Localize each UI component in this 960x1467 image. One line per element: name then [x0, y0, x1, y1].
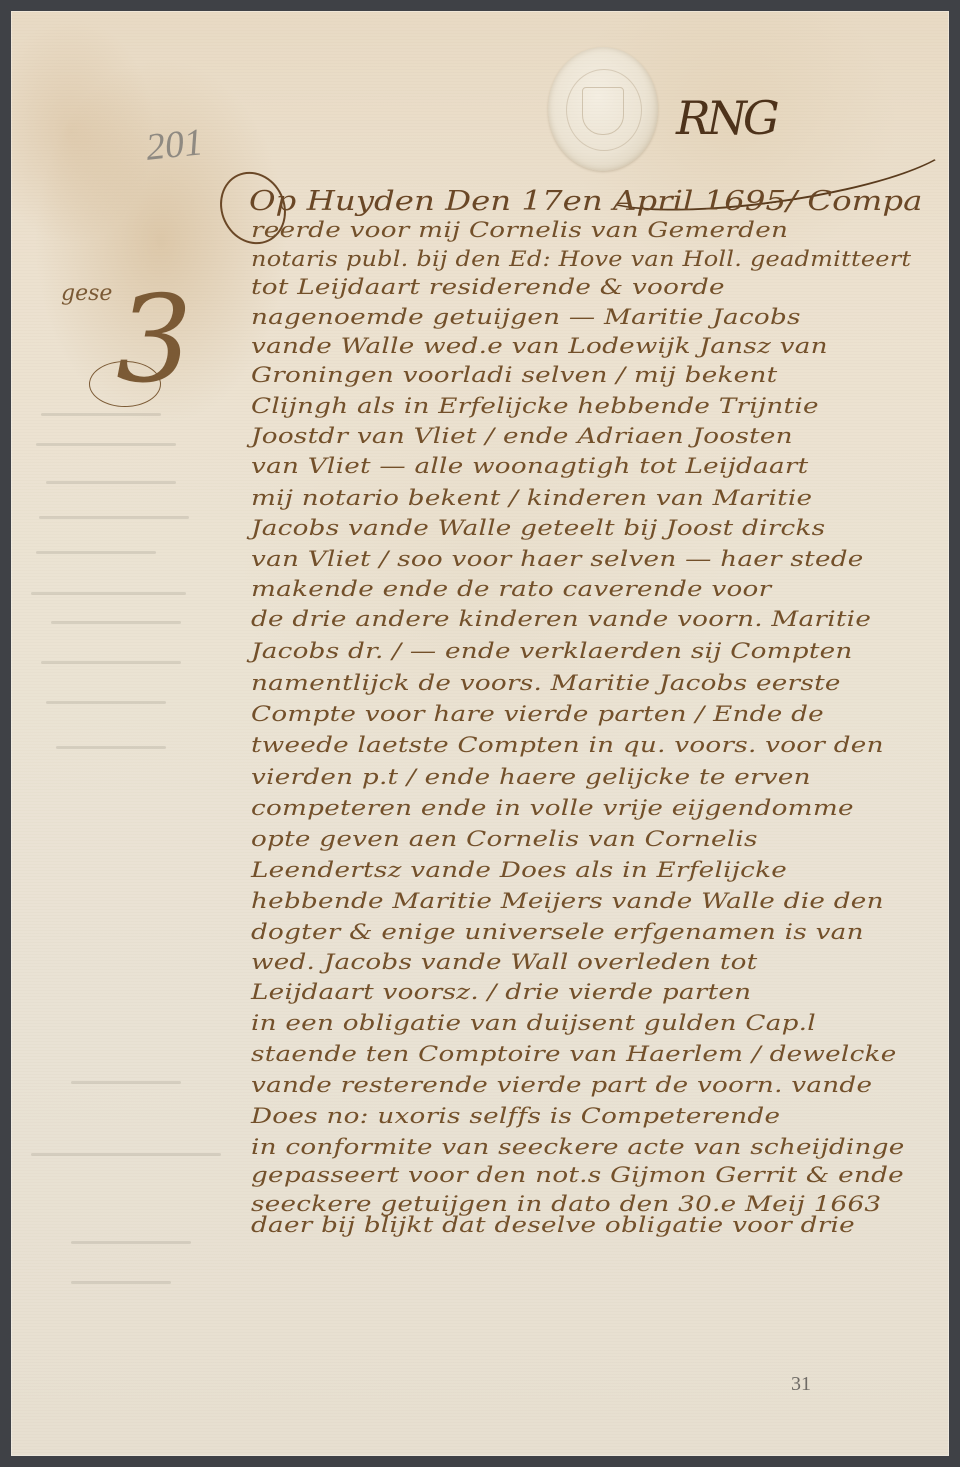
bleed-through-stroke	[39, 516, 189, 519]
text-line: van Vliet / soo voor haer selven — haer …	[251, 547, 864, 571]
text-line: Jacobs dr. / — ende verklaerden sij Comp…	[251, 639, 853, 663]
text-line: Jacobs vande Walle geteelt bij Joost dir…	[251, 516, 825, 540]
folio-number: 201	[144, 120, 205, 170]
text-line: competeren ende in volle vrije eijgendom…	[251, 796, 854, 820]
bleed-through-stroke	[41, 413, 161, 416]
text-line: vande Walle wed.e van Lodewijk Jansz van	[251, 334, 828, 358]
text-line: notaris publ. bij den Ed: Hove van Holl.…	[251, 247, 911, 271]
text-line: van Vliet — alle woonagtigh tot Leijdaar…	[251, 454, 808, 478]
opening-line: Op Huyden Den 17en April 1695/ Compa	[249, 186, 922, 217]
text-line: Does no: uxoris selffs is Competerende	[251, 1104, 780, 1128]
text-line: daer bij blijkt dat deselve obligatie vo…	[251, 1213, 855, 1237]
text-line: mij notario bekent / kinderen van Mariti…	[251, 486, 812, 510]
text-line: nagenoemde getuijgen — Maritie Jacobs	[251, 305, 801, 329]
bleed-through-stroke	[46, 701, 166, 704]
bleed-through-stroke	[36, 551, 156, 554]
text-line: staende ten Comptoire van Haerlem / dewe…	[251, 1042, 896, 1066]
manuscript-page: 201 RNG gese 3 Op Huyden Den 17en April …	[11, 11, 949, 1456]
text-line: makende ende de rato caverende voor	[251, 577, 771, 601]
text-line: Leendertsz vande Does als in Erfelijcke	[251, 858, 787, 882]
margin-note: gese	[61, 281, 112, 306]
text-line: Leijdaart voorsz. / drie vierde parten	[251, 980, 751, 1004]
text-line: namentlijck de voors. Maritie Jacobs eer…	[251, 671, 841, 695]
bleed-through-stroke	[31, 592, 186, 595]
text-line: Joostdr van Vliet / ende Adriaen Joosten	[251, 424, 793, 448]
text-line: tweede laetste Compten in qu. voors. voo…	[251, 733, 884, 757]
document-scan: 201 RNG gese 3 Op Huyden Den 17en April …	[0, 0, 960, 1467]
text-line: reerde voor mij Cornelis van Gemerden	[251, 218, 788, 242]
text-line: dogter & enige universele erfgenamen is …	[251, 920, 864, 944]
text-line: vierden p.t / ende haere gelijcke te erv…	[251, 765, 811, 789]
text-line: opte geven aen Cornelis van Cornelis	[251, 827, 758, 851]
text-line: Clijngh als in Erfelijcke hebbende Trijn…	[251, 394, 819, 418]
bleed-through-stroke	[46, 481, 176, 484]
text-line: hebbende Maritie Meijers vande Walle die…	[251, 889, 884, 913]
bleed-through-stroke	[71, 1081, 181, 1084]
text-line: de drie andere kinderen vande voorn. Mar…	[251, 607, 871, 631]
margin-flourish	[89, 361, 161, 407]
text-line: in een obligatie van duijsent gulden Cap…	[251, 1011, 816, 1035]
text-line: Groningen voorladi selven / mij bekent	[251, 363, 777, 387]
bleed-through-stroke	[71, 1241, 191, 1244]
bleed-through-stroke	[56, 746, 166, 749]
bleed-through-stroke	[41, 661, 181, 664]
text-line: gepasseert voor den not.s Gijmon Gerrit …	[251, 1163, 904, 1187]
bleed-through-stroke	[51, 621, 181, 624]
text-line: tot Leijdaart residerende & voorde	[251, 275, 725, 299]
seal-coat-of-arms-icon	[582, 87, 624, 135]
page-number: 31	[791, 1373, 811, 1396]
bleed-through-stroke	[71, 1281, 171, 1284]
bleed-through-stroke	[36, 443, 176, 446]
wax-seal-icon	[548, 47, 658, 171]
bleed-through-stroke	[31, 1153, 221, 1156]
text-line: wed. Jacobs vande Wall overleden tot	[251, 950, 757, 974]
text-line: in conformite van seeckere acte van sche…	[251, 1135, 905, 1159]
text-line: Compte voor hare vierde parten / Ende de	[251, 702, 824, 726]
text-line: vande resterende vierde part de voorn. v…	[251, 1073, 872, 1097]
